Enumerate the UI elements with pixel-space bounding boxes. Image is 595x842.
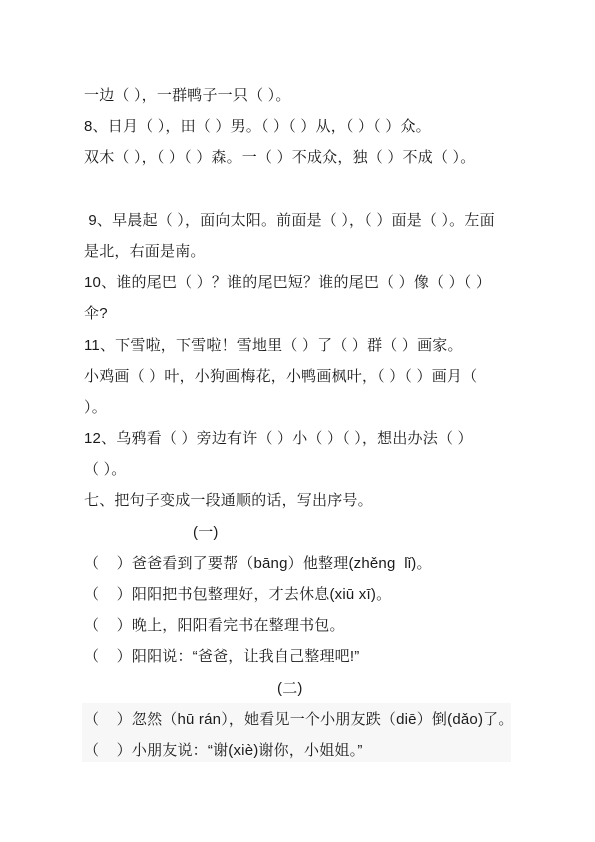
subsection-1-label: (一): [193, 517, 524, 548]
subsection-2-label: (二): [277, 673, 524, 704]
document-content: 一边（ ），一群鸭子一只（ ）。 8、日月（ ），田（ ）男。（ ）（ ）从，（…: [84, 80, 524, 766]
question-line: 11、下雪啦，下雪啦！雪地里（ ）了（ ）群（ ）画家。: [84, 330, 524, 361]
question-line: ）。: [84, 392, 524, 423]
question-line: 是北，右面是南。: [84, 236, 524, 267]
question-line: 伞?: [84, 298, 524, 329]
question-line: 一边（ ），一群鸭子一只（ ）。: [84, 80, 524, 111]
ordering-item: （ ）忽然（hū rán），她看见一个小朋友跌（diē）倒(dǎo)了。: [84, 704, 524, 735]
ordering-item: （ ）爸爸看到了要帮（bāng）他整理(zhěng lǐ)。: [84, 548, 524, 579]
document-page: 一边（ ），一群鸭子一只（ ）。 8、日月（ ），田（ ）男。（ ）（ ）从，（…: [0, 0, 595, 842]
question-line: 9、早晨起（ ），面向太阳。前面是（ ），（ ）面是（ ）。左面: [84, 205, 524, 236]
question-line: 12、乌鸦看（ ）旁边有许（ ）小（ ）（ ），想出办法（ ）: [84, 423, 524, 454]
question-line: （ ）。: [84, 454, 524, 485]
ordering-item: （ ）小朋友说：“谢(xiè)谢你，小姐姐。”: [84, 735, 524, 766]
blank-line: [84, 174, 524, 205]
question-line: 10、谁的尾巴（ ）？谁的尾巴短？谁的尾巴（ ）像（ ）（ ）: [84, 267, 524, 298]
question-line: 双木（ ），（ ）（ ）森。一（ ）不成众，独（ ）不成（ ）。: [84, 142, 524, 173]
ordering-item: （ ）晚上，阳阳看完书在整理书包。: [84, 610, 524, 641]
question-line: 8、日月（ ），田（ ）男。（ ）（ ）从，（ ）（ ）众。: [84, 111, 524, 142]
ordering-item: （ ）阳阳说：“爸爸，让我自己整理吧!”: [84, 641, 524, 672]
ordering-item: （ ）阳阳把书包整理好，才去休息(xiū xī)。: [84, 579, 524, 610]
section-heading: 七、把句子变成一段通顺的话，写出序号。: [84, 485, 524, 516]
question-line: 小鸡画（ ）叶，小狗画梅花，小鸭画枫叶，（ ）（ ）画月（: [84, 361, 524, 392]
